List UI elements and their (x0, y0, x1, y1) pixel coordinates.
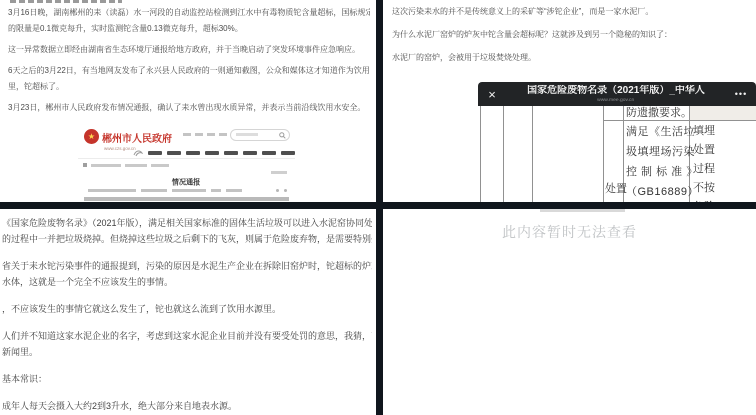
paragraph: 为什么水泥厂窑炉的炉灰中铊含量会超标呢？这就涉及到另一个隐秘的知识了： (383, 29, 756, 41)
table-cell: 满足《生活垃 圾填埋场污染 控 制 标 准 》 （GB16889） (626, 122, 699, 202)
clipped-text-line (10, 0, 122, 3)
table-border (480, 106, 481, 202)
paragraph: 《国家危险废物名录》（2021年版），满足相关国家标准的固体生活垃圾可以进入水泥… (0, 215, 376, 247)
text-line: 的过程中一并把垃圾烧掉。但烧掉这些垃圾之后剩下的飞灰，则属于危险废弃物，是需要特… (2, 231, 372, 247)
text-line: 这一异常数据立即经由湖南省生态环境厅通报给地方政府，并于当晚启动了突发环境事件应… (8, 42, 370, 58)
text-line: 省关于耒水铊污染事件的通报提到，污染的原因是水泥生产企业在拆除旧窑炉时，铊超标的… (2, 258, 372, 274)
clipped-element (540, 209, 625, 212)
paragraph: 3月23日，郴州市人民政府发布情况通报，确认了耒水曾出现水质异常，并表示当前沿线… (0, 100, 376, 116)
paragraph: 6天之后的3月22日，有当地网友发布了永兴县人民政府的一则通知截图，公众和媒体这… (0, 63, 376, 95)
text-line: 的限量是0.1微克每升，实时监测铊含量0.13微克每升，超标30%。 (8, 21, 370, 37)
link-placeholder (195, 133, 203, 136)
table-row-label: 处置 (605, 180, 627, 196)
link-placeholder (219, 133, 227, 136)
search-placeholder (236, 133, 258, 136)
text-line: 6天之后的3月22日，有当地网友发布了永兴县人民政府的一则通知截图，公众和媒体这… (8, 63, 370, 79)
text-line: ，不应该发生的事情它就这么发生了，铊也就这么流到了饮用水源里。 (2, 301, 372, 317)
meta-placeholder (88, 189, 136, 192)
browser-preview-card: × 国家危险废物名录（2021年版）_中华人 www.mee.gov.cn ••… (478, 82, 756, 202)
nav-item-placeholder[interactable] (281, 151, 295, 155)
table-cell: 防遗撒要求。 (626, 106, 692, 120)
nav-item-placeholder[interactable] (262, 151, 276, 155)
meta-placeholder (211, 189, 221, 192)
paragraph: 基本常识： (0, 371, 376, 387)
table-border (603, 120, 756, 121)
text-line: 水体，这就是一个完全不应该发生的事情。 (2, 274, 372, 290)
page-bottom-left: 《国家危险废物名录》（2021年版），满足相关国家标准的固体生活垃圾可以进入水泥… (0, 209, 376, 415)
meta-placeholder (141, 189, 167, 192)
text-line: 新闻里。 (2, 344, 372, 360)
nav-item-placeholder[interactable] (205, 151, 219, 155)
breadcrumb-placeholder (151, 164, 169, 167)
gov-logo-icon (133, 149, 143, 157)
text-line: 不按 (693, 179, 715, 198)
more-menu-icon[interactable]: ••• (726, 89, 756, 99)
page-bottom-right: 此内容暂时无法查看 (383, 209, 756, 415)
text-line: （GB16889） (626, 182, 699, 202)
body-text-placeholder (84, 197, 289, 201)
table-border (532, 106, 533, 202)
nav-item-placeholder[interactable] (186, 151, 200, 155)
page-top-right: 这次污染耒水的并不是传统意义上的采矿等“涉铊企业”，而是一家水泥厂。 为什么水泥… (383, 0, 756, 202)
search-icon (279, 132, 286, 139)
horizontal-divider (0, 202, 756, 209)
gov-doc-title: 情况通报 (172, 176, 201, 186)
meta-placeholder (226, 189, 242, 192)
breadcrumb-placeholder (125, 164, 147, 167)
table-cell: 填埋 处置 过程 不按 危险 (693, 122, 715, 202)
nav-item-placeholder[interactable] (224, 151, 238, 155)
paragraph: 这一异常数据立即经由湖南省生态环境厅通报给地方政府，并于当晚启动了突发环境事件应… (0, 42, 376, 58)
table-cell-shade (690, 106, 756, 120)
text-line: 控 制 标 准 》 (626, 162, 699, 182)
paragraph: ，不应该发生的事情它就这么发生了，铊也就这么流到了饮用水源里。 (0, 301, 376, 317)
text-line: 过程 (693, 160, 715, 179)
national-emblem-icon: ★ (84, 129, 99, 144)
link-placeholder (183, 133, 191, 136)
text-line: 这次污染耒水的并不是传统意义上的采矿等“涉铊企业”，而是一家水泥厂。 (392, 6, 750, 18)
browser-page-url: www.mee.gov.cn (597, 98, 634, 101)
text-line: 处置 (693, 141, 715, 160)
search-input[interactable] (230, 129, 290, 141)
share-icon (276, 189, 279, 192)
text-line: 里，铊超标了。 (8, 79, 370, 95)
nav-item-placeholder[interactable] (167, 151, 181, 155)
text-line: 基本常识： (2, 371, 372, 387)
nav-item-placeholder[interactable] (148, 151, 162, 155)
divider (78, 158, 295, 159)
browser-page-title: 国家危险废物名录（2021年版）_中华人 (506, 85, 726, 96)
text-line: 满足《生活垃 (626, 122, 699, 142)
text-line: 水泥厂的窑炉，会被用于垃圾焚烧处理。 (392, 52, 750, 64)
breadcrumb-placeholder (91, 164, 121, 167)
text-line: 《国家危险废物名录》（2021年版），满足相关国家标准的固体生活垃圾可以进入水泥… (2, 215, 372, 231)
text-line: 3月16日晚，湖南郴州的耒（读磊）水一河段的自动监控站检测到江水中有毒物质铊含量… (8, 5, 370, 21)
text-line: 成年人每天会摄入大约2到3升水，绝大部分来自地表水源。 (2, 398, 372, 414)
browser-title-block: 国家危险废物名录（2021年版）_中华人 www.mee.gov.cn (506, 85, 726, 103)
gov-doc-meta (88, 189, 287, 192)
paragraph: 3月16日晚，湖南郴州的耒（读磊）水一河段的自动监控站检测到江水中有毒物质铊含量… (0, 5, 376, 37)
gov-doc-title-wrap: 情况通报 (78, 176, 295, 196)
content-unavailable-notice: 此内容暂时无法查看 (383, 209, 756, 242)
browser-title-bar: × 国家危险废物名录（2021年版）_中华人 www.mee.gov.cn ••… (478, 82, 756, 106)
paragraph: 成年人每天会摄入大约2到3升水，绝大部分来自地表水源。 (0, 398, 376, 414)
meta-placeholder (172, 189, 206, 192)
paragraph: 人们并不知道这家水泥企业的名字，考虑到这家水泥企业目前并没有要受处罚的意思，我猜… (0, 328, 376, 360)
link-placeholder (207, 133, 215, 136)
text-line: 圾填埋场污染 (626, 142, 699, 162)
screenshot-grid: 3月16日晚，湖南郴州的耒（读磊）水一河段的自动监控站检测到江水中有毒物质铊含量… (0, 0, 756, 415)
share-icon (284, 189, 287, 192)
table-border (503, 106, 504, 202)
text-line: 人们并不知道这家水泥企业的名字，考虑到这家水泥企业目前并没有要受处罚的意思，我猜… (2, 328, 372, 344)
text-line: 3月23日，郴州市人民政府发布情况通报，确认了耒水曾出现水质异常，并表示当前沿线… (8, 100, 370, 116)
page-top-left: 3月16日晚，湖南郴州的耒（读磊）水一河段的自动监控站检测到江水中有毒物质铊含量… (0, 0, 376, 202)
font-size-control-placeholder (271, 171, 287, 174)
paragraph: 水泥厂的窑炉，会被用于垃圾焚烧处理。 (383, 52, 756, 64)
text-line: 为什么水泥厂窑炉的炉灰中铊含量会超标呢？这就涉及到另一个隐秘的知识了： (392, 29, 750, 41)
hazardous-waste-table: 防遗撒要求。 满足《生活垃 圾填埋场污染 控 制 标 准 》 （GB16889）… (478, 106, 756, 202)
paragraph: 省关于耒水铊污染事件的通报提到，污染的原因是水泥生产企业在拆除旧窑炉时，铊超标的… (0, 258, 376, 290)
gov-nav-menu[interactable] (133, 149, 295, 157)
nav-item-placeholder[interactable] (243, 151, 257, 155)
gov-top-links (183, 133, 227, 136)
home-icon (83, 163, 87, 167)
gov-website-screenshot: ★ 郴州市人民政府 www.czs.gov.cn (78, 127, 295, 202)
text-line: 填埋 (693, 122, 715, 141)
breadcrumb (83, 163, 169, 167)
close-icon[interactable]: × (478, 87, 506, 102)
paragraph: 这次污染耒水的并不是传统意义上的采矿等“涉铊企业”，而是一家水泥厂。 (383, 6, 756, 18)
